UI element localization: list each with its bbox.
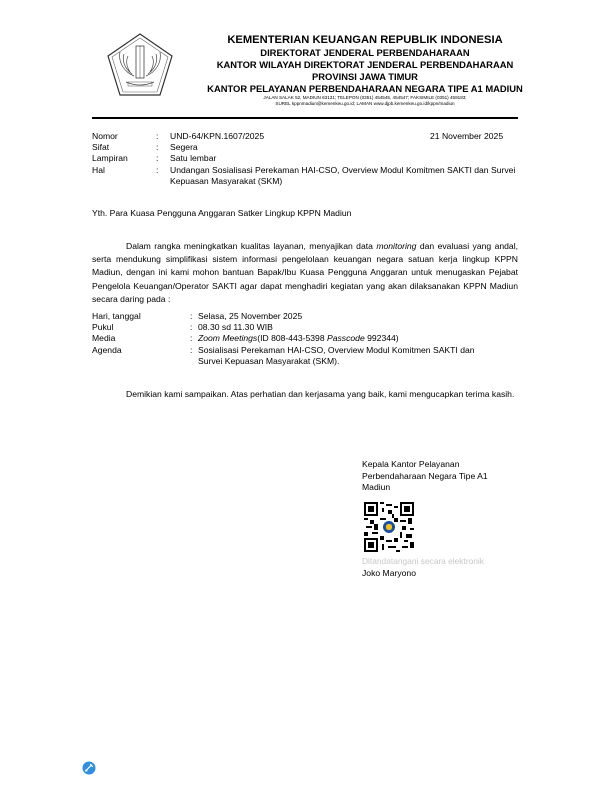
recipient: Yth. Para Kuasa Pengguna Anggaran Satker… (92, 208, 351, 219)
detail-row-date: Hari, tanggal : Selasa, 25 November 2025 (92, 311, 522, 322)
letter-page: KEMENTERIAN KEUANGAN REPUBLIK INDONESIA … (0, 0, 612, 792)
detail-sep: : (190, 333, 198, 344)
qr-code-icon (364, 502, 414, 552)
detail-label: Media (92, 333, 190, 344)
letterhead-divider (92, 117, 518, 119)
body-paragraph-1: Dalam rangka meningkatkan kualitas layan… (92, 240, 518, 306)
letterhead-directorate: DIREKTORAT JENDERAL PERBENDAHARAAN (170, 47, 560, 59)
detail-label: Pukul (92, 322, 190, 333)
meta-sep: : (156, 153, 170, 164)
letterhead-ministry: KEMENTERIAN KEUANGAN REPUBLIK INDONESIA (170, 33, 560, 47)
detail-value: Selasa, 25 November 2025 (198, 311, 518, 322)
meta-sep: : (156, 142, 170, 153)
letterhead-province: PROVINSI JAWA TIMUR (170, 71, 560, 83)
pen-sign-icon (82, 761, 96, 775)
signer-title-line: Kepala Kantor Pelayanan (362, 459, 532, 471)
meta-label: Lampiran (92, 153, 156, 164)
detail-label: Agenda (92, 345, 190, 367)
kemenkeu-emblem-icon (106, 32, 174, 98)
media-passcode: 992344) (365, 333, 399, 343)
body-text: Demikian kami sampaikan. Atas perhatian … (126, 389, 514, 399)
detail-row-media: Media : Zoom Meetings(ID 808-443-5398 Pa… (92, 333, 522, 344)
meta-row-hal: Hal : Undangan Sosialisasi Perekaman HAI… (92, 165, 532, 187)
meta-value: Undangan Sosialisasi Perekaman HAI-CSO, … (170, 165, 520, 187)
letterhead-regional-office: KANTOR WILAYAH DIREKTORAT JENDERAL PERBE… (170, 59, 560, 71)
body-text: Dalam rangka meningkatkan kualitas layan… (126, 241, 376, 251)
meta-row-sifat: Sifat : Segera (92, 142, 532, 153)
signer-title-line: Perbendaharaan Negara Tipe A1 (362, 471, 532, 483)
detail-row-agenda: Agenda : Sosialisasi Perekaman HAI-CSO, … (92, 345, 522, 367)
detail-row-time: Pukul : 08.30 sd 11.30 WIB (92, 322, 522, 333)
media-platform: Zoom Meetings (198, 333, 257, 343)
letterhead: KEMENTERIAN KEUANGAN REPUBLIK INDONESIA … (170, 33, 560, 107)
meta-label: Sifat (92, 142, 156, 153)
signer-name: Joko Maryono (362, 568, 416, 579)
detail-sep: : (190, 345, 198, 367)
meta-value: Segera (170, 142, 460, 153)
detail-label: Hari, tanggal (92, 311, 190, 322)
signature-block: Kepala Kantor Pelayanan Perbendaharaan N… (362, 459, 532, 494)
signer-title-line: Madiun (362, 482, 532, 494)
detail-value: Sosialisasi Perekaman HAI-CSO, Overview … (198, 345, 498, 367)
letterhead-contact: SUREL kppnmadiun@kemenkeu.go.id; LAMAN w… (170, 101, 560, 107)
meta-value: UND-64/KPN.1607/2025 (170, 131, 460, 142)
event-details: Hari, tanggal : Selasa, 25 November 2025… (92, 311, 522, 367)
detail-sep: : (190, 311, 198, 322)
letter-date: 21 November 2025 (430, 131, 503, 142)
meta-label: Hal (92, 165, 156, 187)
meta-label: Nomor (92, 131, 156, 142)
meta-value: Satu lembar (170, 153, 460, 164)
media-passcode-label: Passcode (327, 333, 365, 343)
detail-value: Zoom Meetings(ID 808-443-5398 Passcode 9… (198, 333, 518, 344)
detail-sep: : (190, 322, 198, 333)
body-paragraph-2: Demikian kami sampaikan. Atas perhatian … (92, 388, 518, 401)
letterhead-office: KANTOR PELAYANAN PERBENDAHARAAN NEGARA T… (170, 83, 560, 95)
meta-sep: : (156, 131, 170, 142)
meta-row-lampiran: Lampiran : Satu lembar (92, 153, 532, 164)
detail-value: 08.30 sd 11.30 WIB (198, 322, 518, 333)
electronic-signature-note: Ditandatangani secara elektronik (362, 556, 484, 567)
body-italic: monitoring (376, 241, 416, 251)
meta-sep: : (156, 165, 170, 187)
media-id: (ID 808-443-5398 (257, 333, 327, 343)
